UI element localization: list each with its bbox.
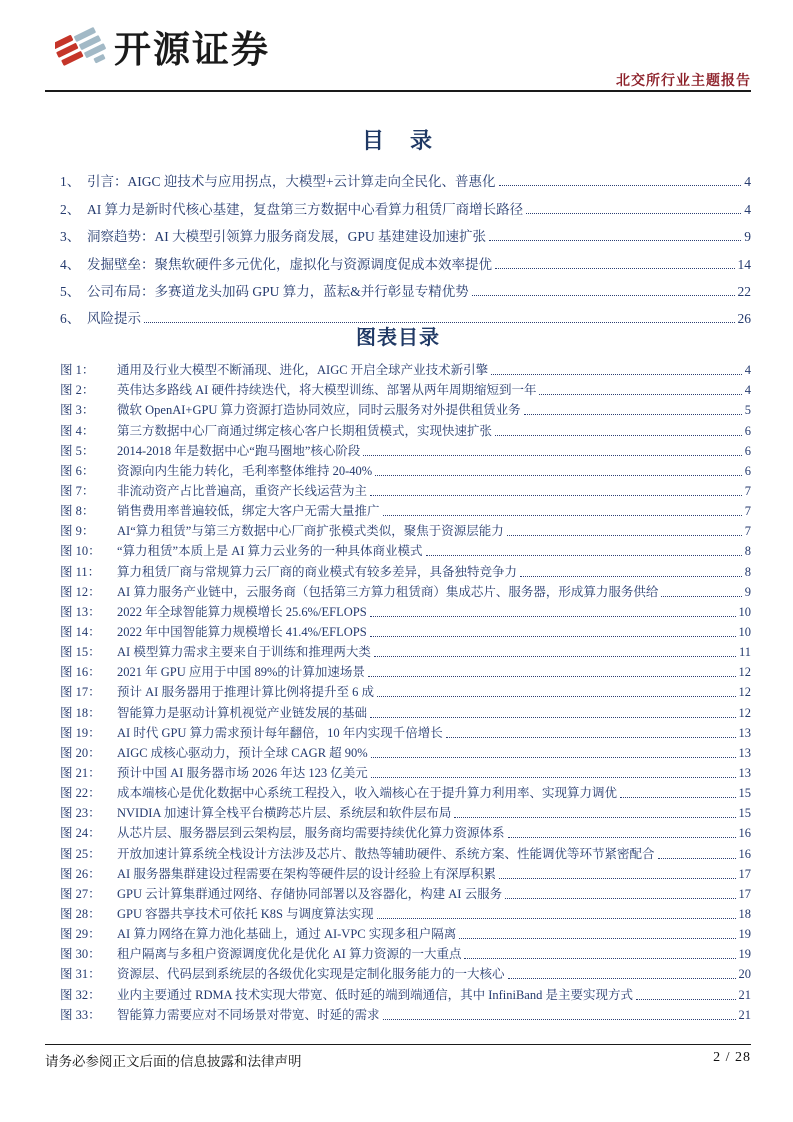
figure-entry-title: 英伟达多路线 AI 硬件持续迭代，将大模型训练、部署从两年周期缩短到一年 [117,380,536,398]
dot-leader [661,596,741,597]
figure-entry-title: 微软 OpenAI+GPU 算力资源打造协同效应，同时云服务对外提供租赁业务 [117,400,521,418]
figure-entry-number: 图 30： [60,944,117,962]
figure-entry-title: 成本端核心是优化数据中心系统工程投入，收入端核心在于提升算力利用率、实现算力调优 [117,783,617,801]
figure-entry-number: 图 14： [60,622,117,640]
toc-entry-page: 22 [738,284,752,300]
figure-entry-title: 开放加速计算系统全栈设计方法涉及芯片、散热等辅助硬件、系统方案、性能调优等环节紧… [117,844,655,862]
figure-entry-page: 13 [739,746,752,761]
footer-page-number: 2 / 28 [713,1050,751,1066]
figure-entry-page: 7 [745,504,751,519]
wheat-sheaf-logo-icon [55,22,107,76]
figure-entry-page: 17 [739,887,752,902]
figure-entry-number: 图 13： [60,602,117,620]
figure-entry[interactable]: 图 5： 2014-2018 年是数据中心“跑马圈地”核心阶段 6 [45,439,751,459]
figure-entry-number: 图 12： [60,582,117,600]
header-divider [45,90,751,92]
figure-entry[interactable]: 图 22： 成本端核心是优化数据中心系统工程投入，收入端核心在于提升算力利用率、… [45,781,751,801]
toc-entry-page: 14 [738,257,752,273]
dot-leader [454,817,735,818]
figure-entry[interactable]: 图 11： 算力租赁厂商与常规算力云厂商的商业模式有较多差异，具备独特竞争力 8 [45,559,751,579]
dot-leader [539,394,741,395]
figure-entry-number: 图 19： [60,723,117,741]
figure-entry-title: 2021 年 GPU 应用于中国 89%的计算加速场景 [117,662,365,680]
dot-leader [371,777,736,778]
toc-list: 1、 引言：AIGC 迎技术与应用拐点，大模型+云计算走向全民化、普惠化 4 2… [45,163,751,327]
dot-leader [499,878,736,879]
figure-entry-page: 8 [745,565,751,580]
figure-entry-number: 图 5： [60,441,117,459]
figure-entry-page: 16 [739,826,752,841]
figure-entry[interactable]: 图 33： 智能算力需要应对不同场景对带宽、时延的需求 21 [45,1003,751,1023]
figure-entry-title: 通用及行业大模型不断涌现、进化，AIGC 开启全球产业技术新引擎 [117,360,488,378]
toc-entry[interactable]: 5、 公司布局：多赛道龙头加码 GPU 算力，蓝耘&并行彰显专精优势 22 [45,273,751,300]
dot-leader [489,240,741,241]
figure-entry[interactable]: 图 23： NVIDIA 加速计算全栈平台横跨芯片层、系统层和软件层布局 15 [45,801,751,821]
figure-entry-page: 12 [739,706,752,721]
figure-toc-list: 图 1： 通用及行业大模型不断涌现、进化，AIGC 开启全球产业技术新引擎 4 … [45,358,751,1023]
dot-leader [426,555,742,556]
figure-entry-page: 12 [739,685,752,700]
figure-entry[interactable]: 图 18： 智能算力是驱动计算机视觉产业链发展的基础 12 [45,700,751,720]
figure-entry-page: 15 [739,806,752,821]
figure-entry-number: 图 15： [60,642,117,660]
figure-entry[interactable]: 图 13： 2022 年全球智能算力规模增长 25.6%/EFLOPS 10 [45,600,751,620]
dot-leader [524,414,742,415]
figure-entry-page: 21 [739,1008,752,1023]
figure-entry[interactable]: 图 10： “算力租赁”本质上是 AI 算力云业务的一种具体商业模式 8 [45,539,751,559]
report-type-label: 北交所行业主题报告 [616,70,751,90]
dot-leader [370,495,742,496]
dot-leader [472,295,735,296]
figure-entry-title: NVIDIA 加速计算全栈平台横跨芯片层、系统层和软件层布局 [117,803,451,821]
figure-entry-number: 图 27： [60,884,117,902]
figure-entry-number: 图 16： [60,662,117,680]
toc-title: 目 录 [45,126,751,156]
figure-entry[interactable]: 图 28： GPU 容器共享技术可依托 K8S 与调度算法实现 18 [45,902,751,922]
figure-entry-title: 智能算力需要应对不同场景对带宽、时延的需求 [117,1005,380,1023]
figure-entry-number: 图 25： [60,844,117,862]
figure-entry[interactable]: 图 27： GPU 云计算集群通过网络、存储协同部署以及容器化，构建 AI 云服… [45,882,751,902]
figure-entry-number: 图 23： [60,803,117,821]
figure-entry-page: 10 [739,625,752,640]
figure-entry[interactable]: 图 24： 从芯片层、服务器层到云架构层，服务商均需要持续优化算力资源体系 16 [45,821,751,841]
toc-entry-title: 引言：AIGC 迎技术与应用拐点，大模型+云计算走向全民化、普惠化 [87,170,496,190]
dot-leader [383,1019,736,1020]
figure-entry-number: 图 10： [60,541,117,559]
toc-entry-number: 3、 [60,225,87,245]
figure-entry[interactable]: 图 30： 租户隔离与多租户资源调度优化是优化 AI 算力资源的一大重点 19 [45,942,751,962]
figure-entry-page: 12 [739,665,752,680]
toc-entry[interactable]: 3、 洞察趋势：AI 大模型引领算力服务商发展，GPU 基建建设加速扩张 9 [45,218,751,245]
figure-entry-title: 非流动资产占比普遍高，重资产长线运营为主 [117,481,367,499]
figure-entry-page: 16 [739,847,752,862]
figure-entry-number: 图 33： [60,1005,117,1023]
figure-entry[interactable]: 图 15： AI 模型算力需求主要来自于训练和推理两大类 11 [45,640,751,660]
figure-entry-page: 21 [739,988,752,1003]
figure-entry-page: 18 [739,907,752,922]
dot-leader [505,898,735,899]
dot-leader [658,858,736,859]
dot-leader [520,576,742,577]
figure-entry-page: 8 [745,544,751,559]
dot-leader [495,268,735,269]
figure-entry-number: 图 6： [60,461,117,479]
figure-entry-title: GPU 云计算集群通过网络、存储协同部署以及容器化，构建 AI 云服务 [117,884,502,902]
figure-entry-title: AI 模型算力需求主要来自于训练和推理两大类 [117,642,371,660]
figure-entry-number: 图 24： [60,823,117,841]
figure-entry-title: 智能算力是驱动计算机视觉产业链发展的基础 [117,703,367,721]
figure-entry-title: 预计 AI 服务器用于推理计算比例将提升至 6 成 [117,682,374,700]
figure-entry-page: 11 [739,645,751,660]
toc-entry-page: 9 [744,229,751,245]
toc-entry-title: AI 算力是新时代核心基建，复盘第三方数据中心看算力租赁厂商增长路径 [87,198,523,218]
dot-leader [499,185,742,186]
dot-leader [370,717,735,718]
dot-leader [459,938,735,939]
dot-leader [508,978,736,979]
figure-entry-number: 图 22： [60,783,117,801]
figure-entry[interactable]: 图 17： 预计 AI 服务器用于推理计算比例将提升至 6 成 12 [45,680,751,700]
toc-section: 目 录 1、 引言：AIGC 迎技术与应用拐点，大模型+云计算走向全民化、普惠化… [45,126,751,327]
figure-entry[interactable]: 图 4： 第三方数据中心厂商通过绑定核心客户长期租赁模式，实现快速扩张 6 [45,418,751,438]
toc-entry-number: 1、 [60,170,87,190]
dot-leader [377,696,736,697]
figure-entry-page: 5 [745,403,751,418]
figure-entry-number: 图 21： [60,763,117,781]
figure-entry-page: 17 [739,867,752,882]
toc-entry-number: 4、 [60,253,87,273]
dot-leader [370,616,736,617]
dot-leader [620,797,735,798]
figure-entry-number: 图 32： [60,985,117,1003]
figure-entry-title: AIGC 成核心驱动力，预计全球 CAGR 超 90% [117,743,368,761]
figure-entry-title: GPU 容器共享技术可依托 K8S 与调度算法实现 [117,904,374,922]
figure-toc-title: 图表目录 [45,324,751,352]
toc-entry[interactable]: 1、 引言：AIGC 迎技术与应用拐点，大模型+云计算走向全民化、普惠化 4 [45,163,751,190]
figure-entry-title: 资源向内生能力转化，毛利率整体维持 20-40% [117,461,372,479]
toc-entry-title: 洞察趋势：AI 大模型引领算力服务商发展，GPU 基建建设加速扩张 [87,225,486,245]
toc-entry-page: 4 [744,202,751,218]
figure-entry-number: 图 11： [60,562,117,580]
dot-leader [636,999,736,1000]
figure-entry-title: 预计中国 AI 服务器市场 2026 年达 123 亿美元 [117,763,368,781]
brand-logo: 开源证券 [55,22,270,76]
brand-name: 开源证券 [114,31,270,68]
figure-entry-title: 业内主要通过 RDMA 技术实现大带宽、低时延的端到端通信，其中 InfiniB… [117,985,633,1003]
figure-entry-number: 图 4： [60,421,117,439]
figure-entry-page: 20 [739,967,752,982]
figure-entry-page: 7 [745,524,751,539]
dot-leader [508,837,736,838]
toc-entry-page: 4 [744,174,751,190]
figure-entry-title: 第三方数据中心厂商通过绑定核心客户长期租赁模式，实现快速扩张 [117,421,492,439]
figure-entry[interactable]: 图 21： 预计中国 AI 服务器市场 2026 年达 123 亿美元 13 [45,761,751,781]
figure-entry-title: AI 时代 GPU 算力需求预计每年翻倍，10 年内实现千倍增长 [117,723,443,741]
figure-entry[interactable]: 图 2： 英伟达多路线 AI 硬件持续迭代，将大模型训练、部署从两年周期缩短到一… [45,378,751,398]
figure-entry[interactable]: 图 20： AIGC 成核心驱动力，预计全球 CAGR 超 90% 13 [45,741,751,761]
figure-entry[interactable]: 图 29： AI 算力网络在算力池化基础上，通过 AI-VPC 实现多租户隔离 … [45,922,751,942]
dot-leader [446,737,736,738]
figure-entry-page: 9 [745,585,751,600]
figure-entry-number: 图 29： [60,924,117,942]
figure-entry-number: 图 9： [60,521,117,539]
figure-entry[interactable]: 图 14： 2022 年中国智能算力规模增长 41.4%/EFLOPS 10 [45,620,751,640]
figure-entry-page: 6 [745,444,751,459]
figure-entry[interactable]: 图 26： AI 服务器集群建设过程需要在架构等硬件层的设计经验上有深厚积累 1… [45,862,751,882]
figure-toc-section: 图表目录 图 1： 通用及行业大模型不断涌现、进化，AIGC 开启全球产业技术新… [45,324,751,1023]
figure-entry-title: AI 服务器集群建设过程需要在架构等硬件层的设计经验上有深厚积累 [117,864,496,882]
dot-leader [377,918,736,919]
figure-entry-number: 图 20： [60,743,117,761]
figure-entry-title: “算力租赁”本质上是 AI 算力云业务的一种具体商业模式 [117,541,423,559]
figure-entry-page: 19 [739,927,752,942]
figure-entry[interactable]: 图 8： 销售费用率普遍较低，绑定大客户无需大量推广 7 [45,499,751,519]
dot-leader [495,435,742,436]
figure-entry[interactable]: 图 32： 业内主要通过 RDMA 技术实现大带宽、低时延的端到端通信，其中 I… [45,982,751,1002]
figure-entry[interactable]: 图 31： 资源层、代码层到系统层的各级优化实现是定制化服务能力的一大核心 20 [45,962,751,982]
toc-entry[interactable]: 4、 发掘壁垒：聚焦软硬件多元优化，虚拟化与资源调度促成本效率提优 14 [45,245,751,272]
figure-entry-title: 算力租赁厂商与常规算力云厂商的商业模式有较多差异，具备独特竞争力 [117,562,517,580]
figure-entry-page: 4 [745,383,751,398]
dot-leader [383,515,742,516]
figure-entry-title: 从芯片层、服务器层到云架构层，服务商均需要持续优化算力资源体系 [117,823,505,841]
figure-entry-page: 13 [739,766,752,781]
dot-leader [491,374,742,375]
figure-entry-page: 7 [745,484,751,499]
figure-entry-number: 图 26： [60,864,117,882]
figure-entry-title: 2022 年中国智能算力规模增长 41.4%/EFLOPS [117,622,367,640]
figure-entry[interactable]: 图 1： 通用及行业大模型不断涌现、进化，AIGC 开启全球产业技术新引擎 4 [45,358,751,378]
figure-entry-number: 图 28： [60,904,117,922]
figure-entry-title: 租户隔离与多租户资源调度优化是优化 AI 算力资源的一大重点 [117,944,461,962]
figure-entry-page: 19 [739,947,752,962]
figure-entry-number: 图 2： [60,380,117,398]
toc-entry-number: 2、 [60,198,87,218]
figure-entry-title: 资源层、代码层到系统层的各级优化实现是定制化服务能力的一大核心 [117,964,505,982]
dot-leader [363,455,741,456]
dot-leader [507,535,742,536]
figure-entry-page: 15 [739,786,752,801]
dot-leader [371,757,736,758]
figure-entry-page: 13 [739,726,752,741]
figure-entry-page: 6 [745,464,751,479]
figure-entry-page: 4 [745,363,751,378]
figure-entry[interactable]: 图 7： 非流动资产占比普遍高，重资产长线运营为主 7 [45,479,751,499]
page-footer: 请务必参阅正文后面的信息披露和法律声明 2 / 28 [45,1044,751,1070]
figure-entry-page: 6 [745,424,751,439]
footer-disclaimer: 请务必参阅正文后面的信息披露和法律声明 [45,1050,302,1070]
figure-entry-title: AI 算力服务产业链中，云服务商（包括第三方算力租赁商）集成芯片、服务器，形成算… [117,582,658,600]
figure-entry-number: 图 18： [60,703,117,721]
dot-leader [375,475,742,476]
figure-entry[interactable]: 图 3： 微软 OpenAI+GPU 算力资源打造协同效应，同时云服务对外提供租… [45,398,751,418]
figure-entry-number: 图 8： [60,501,117,519]
figure-entry-number: 图 31： [60,964,117,982]
figure-entry-number: 图 7： [60,481,117,499]
toc-entry-number: 5、 [60,280,87,300]
toc-entry-title: 发掘壁垒：聚焦软硬件多元优化，虚拟化与资源调度促成本效率提优 [87,253,492,273]
toc-entry[interactable]: 2、 AI 算力是新时代核心基建，复盘第三方数据中心看算力租赁厂商增长路径 4 [45,190,751,217]
toc-entry-title: 公司布局：多赛道龙头加码 GPU 算力，蓝耘&并行彰显专精优势 [87,280,469,300]
figure-entry-number: 图 17： [60,682,117,700]
figure-entry-number: 图 3： [60,400,117,418]
figure-entry[interactable]: 图 25： 开放加速计算系统全栈设计方法涉及芯片、散热等辅助硬件、系统方案、性能… [45,841,751,861]
dot-leader [526,213,741,214]
dot-leader [370,636,736,637]
figure-entry-number: 图 1： [60,360,117,378]
dot-leader [464,958,735,959]
figure-entry[interactable]: 图 9： AI“算力租赁”与第三方数据中心厂商扩张模式类似，聚焦于资源层能力 7 [45,519,751,539]
dot-leader [368,676,736,677]
figure-entry[interactable]: 图 6： 资源向内生能力转化，毛利率整体维持 20-40% 6 [45,459,751,479]
figure-entry[interactable]: 图 12： AI 算力服务产业链中，云服务商（包括第三方算力租赁商）集成芯片、服… [45,580,751,600]
figure-entry-title: AI“算力租赁”与第三方数据中心厂商扩张模式类似，聚焦于资源层能力 [117,521,504,539]
figure-entry-page: 10 [739,605,752,620]
report-toc-page: 开源证券 北交所行业主题报告 目 录 1、 引言：AIGC 迎技术与应用拐点，大… [0,0,793,1122]
figure-entry-title: AI 算力网络在算力池化基础上，通过 AI-VPC 实现多租户隔离 [117,924,456,942]
figure-entry-title: 2014-2018 年是数据中心“跑马圈地”核心阶段 [117,441,360,459]
dot-leader [374,656,736,657]
figure-entry-title: 销售费用率普遍较低，绑定大客户无需大量推广 [117,501,380,519]
figure-entry[interactable]: 图 16： 2021 年 GPU 应用于中国 89%的计算加速场景 12 [45,660,751,680]
figure-entry[interactable]: 图 19： AI 时代 GPU 算力需求预计每年翻倍，10 年内实现千倍增长 1… [45,721,751,741]
figure-entry-title: 2022 年全球智能算力规模增长 25.6%/EFLOPS [117,602,367,620]
